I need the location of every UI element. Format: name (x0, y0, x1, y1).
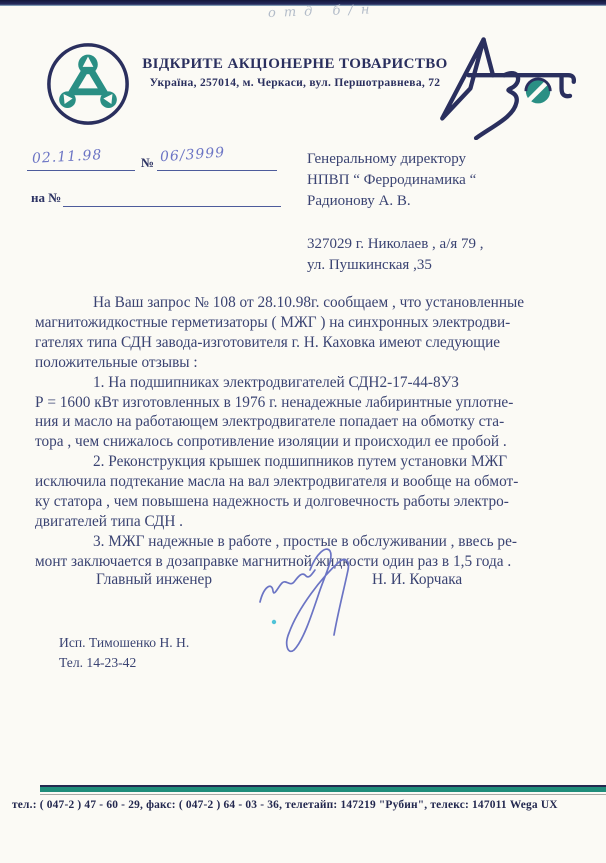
signatory-title: Главный инженер (96, 571, 212, 589)
body-line: ку статора , чем повышена надежность и д… (35, 492, 583, 512)
body-line: гателях типа СДН завода-изготовителя г. … (35, 333, 583, 353)
body-line: магнитожидкостные герметизаторы ( МЖГ ) … (35, 313, 583, 333)
recipient-postal-address: 327029 г. Николаев , а/я 79 , (307, 234, 484, 255)
outgoing-date-handwritten: 02.11.98 (32, 147, 103, 167)
reply-to-label: на № (31, 190, 61, 206)
recipient-person: Радионову А. В. (307, 191, 484, 212)
number-sign-label: № (141, 155, 154, 171)
executor-name: Исп. Тимошенко Н. Н. (59, 633, 189, 653)
recipient-block: Генеральному директору НПВП “ Ферродинам… (307, 149, 484, 276)
letter-body: На Ваш запрос № 108 от 28.10.98г. сообща… (35, 293, 583, 572)
signatory-name: Н. И. Корчака (372, 571, 462, 589)
company-address: Україна, 257014, м. Черкаси, вул. Першот… (125, 77, 465, 89)
executor-phone: Тел. 14-23-42 (59, 653, 189, 673)
recipient-company: НПВП “ Ферродинамика “ (307, 170, 484, 191)
body-line: двигателей типа СДН . (35, 512, 583, 532)
number-underline (157, 170, 277, 171)
body-line: На Ваш запрос № 108 от 28.10.98г. сообща… (35, 293, 583, 313)
body-line: тора , чем снижалось сопротивление изоля… (35, 432, 583, 452)
company-name: ВІДКРИТЕ АКЦІОНЕРНЕ ТОВАРИСТВО (125, 56, 465, 73)
reply-underline (63, 206, 281, 207)
footer-contacts: тел.: ( 047-2 ) 47 - 60 - 29, факс: ( 04… (12, 799, 602, 811)
footer-rule-gray (40, 794, 606, 795)
outgoing-number-handwritten: 06/3999 (160, 145, 226, 166)
body-line: положительные отзывы : (35, 353, 583, 373)
date-underline (27, 170, 135, 171)
body-line: 1. На подшипниках электродвигателей СДН2… (35, 373, 583, 393)
footer-rule-teal (40, 787, 606, 792)
signature-ink (252, 540, 377, 670)
body-line: ния и масло на работающем электродвигате… (35, 412, 583, 432)
scanned-letter-page: отд б/н ВІДКРИТЕ АКЦІОНЕРНЕ ТОВАРИСТВО У… (0, 0, 606, 863)
azot-wordmark (428, 32, 588, 145)
body-line: исключила подтекание масла на вал электр… (35, 472, 583, 492)
recipient-street-address: ул. Пушкинская ,35 (307, 255, 484, 276)
letterhead: ВІДКРИТЕ АКЦІОНЕРНЕ ТОВАРИСТВО Україна, … (125, 56, 465, 89)
body-line: Р = 1600 кВт изготовленных в 1976 г. нен… (35, 393, 583, 413)
spacer (307, 212, 484, 234)
body-line: 2. Реконструкция крышек подшипников путе… (35, 452, 583, 472)
executor-block: Исп. Тимошенко Н. Н. Тел. 14-23-42 (59, 633, 189, 673)
azot-emblem-icon (44, 40, 132, 133)
recipient-position: Генеральному директору (307, 149, 484, 170)
